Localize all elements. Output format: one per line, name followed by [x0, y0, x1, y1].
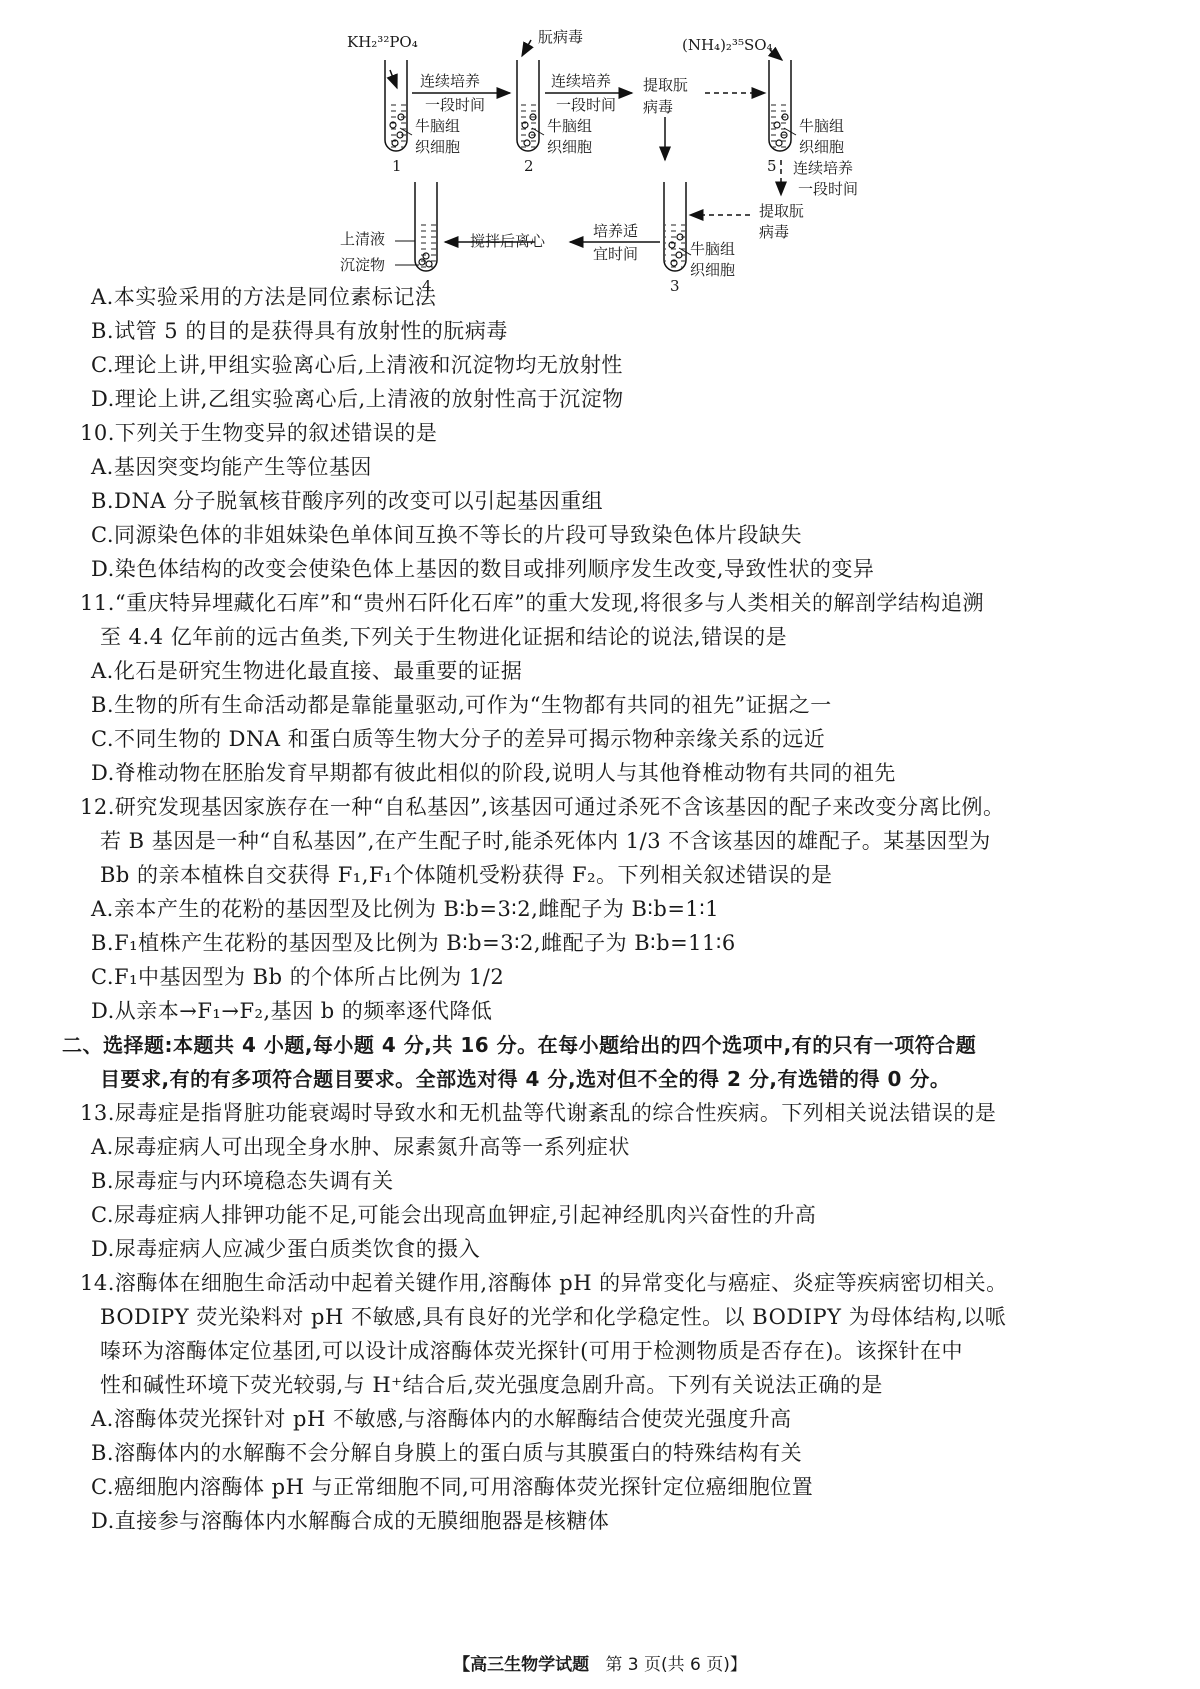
experiment-diagram: KH₂³²PO₄ 朊病毒 (NH₄)₂³⁵SO₄ 连续培养 一段时间 连续培养 … — [0, 0, 1200, 285]
reagent-kh2po4-label: KH₂³²PO₄ — [347, 33, 418, 52]
tube5-number: 5 — [767, 157, 777, 176]
q9-option-a: A.本实验采用的方法是同位素标记法 — [91, 283, 436, 311]
section2-heading-line2: 目要求,有的有多项符合题目要求。全部选对得 4 分,选对但不全的得 2 分,有选… — [100, 1065, 950, 1093]
q12-option-d: D.从亲本→F₁→F₂,基因 b 的频率逐代降低 — [91, 997, 492, 1025]
q12-stem-line1: 12.研究发现基因家族存在一种“自私基因”,该基因可通过杀死不含该基因的配子来改… — [80, 793, 1005, 821]
q13-option-a: A.尿毒症病人可出现全身水肿、尿素氮升高等一系列症状 — [91, 1133, 630, 1161]
tube3-number: 3 — [670, 277, 680, 296]
q11-option-d: D.脊椎动物在胚胎发育早期都有彼此相似的阶段,说明人与其他脊椎动物有共同的祖先 — [91, 759, 896, 787]
step3-label-a: 培养适 — [593, 222, 638, 241]
step4-label: 搅拌后离心 — [470, 232, 545, 251]
tube2-cells-a: 牛脑组 — [547, 117, 592, 136]
tube1-number: 1 — [392, 157, 402, 176]
diagram-graphics — [0, 0, 1200, 285]
q11-option-b: B.生物的所有生命活动都是靠能量驱动,可作为“生物都有共同的祖先”证据之一 — [91, 691, 832, 719]
reagent-nh4so4-label: (NH₄)₂³⁵SO₄ — [682, 36, 773, 55]
step1-label-b: 一段时间 — [425, 96, 485, 115]
tube5-cells-a: 牛脑组 — [799, 117, 844, 136]
q14-option-b: B.溶酶体内的水解酶不会分解自身膜上的蛋白质与其膜蛋白的特殊结构有关 — [91, 1439, 802, 1467]
extract2-label-a: 提取朊 — [759, 202, 804, 221]
q10-stem: 10.下列关于生物变异的叙述错误的是 — [80, 419, 437, 447]
footer-page-number: 第 3 页(共 6 页)】 — [605, 1655, 747, 1675]
q10-option-d: D.染色体结构的改变会使染色体上基因的数目或排列顺序发生改变,导致性状的变异 — [91, 555, 874, 583]
section2-heading-line1: 二、选择题:本题共 4 小题,每小题 4 分,共 16 分。在每小题给出的四个选… — [62, 1031, 976, 1059]
q14-stem-line1: 14.溶酶体在细胞生命活动中起着关键作用,溶酶体 pH 的异常变化与癌症、炎症等… — [80, 1269, 1008, 1297]
q12-option-c: C.F₁中基因型为 Bb 的个体所占比例为 1/2 — [91, 963, 504, 991]
q11-stem-line1: 11.“重庆特异埋藏化石库”和“贵州石阡化石库”的重大发现,将很多与人类相关的解… — [80, 589, 984, 617]
step5-label-a: 连续培养 — [793, 159, 853, 178]
q14-option-c: C.癌细胞内溶酶体 pH 与正常细胞不同,可用溶酶体荧光探针定位癌细胞位置 — [91, 1473, 813, 1501]
step3-label-b: 宜时间 — [593, 245, 638, 264]
q14-stem-line4: 性和碱性环境下荧光较弱,与 H⁺结合后,荧光强度急剧升高。下列有关说法正确的是 — [80, 1371, 883, 1399]
page-footer: 【高三生物学试题 第 3 页(共 6 页)】 — [0, 1650, 1200, 1675]
tube1-cells-b: 织细胞 — [415, 138, 460, 157]
q9-option-c: C.理论上讲,甲组实验离心后,上清液和沉淀物均无放射性 — [91, 351, 623, 379]
q14-option-d: D.直接参与溶酶体内水解酶合成的无膜细胞器是核糖体 — [91, 1507, 609, 1535]
q12-stem-line3: Bb 的亲本植株自交获得 F₁,F₁个体随机受粉获得 F₂。下列相关叙述错误的是 — [80, 861, 833, 889]
tube5-cells-b: 织细胞 — [799, 138, 844, 157]
q10-option-b: B.DNA 分子脱氧核苷酸序列的改变可以引起基因重组 — [91, 487, 603, 515]
tube3-cells-b: 织细胞 — [690, 261, 735, 280]
q13-option-c: C.尿毒症病人排钾功能不足,可能会出现高血钾症,引起神经肌肉兴奋性的升高 — [91, 1201, 816, 1229]
step5-label-b: 一段时间 — [798, 180, 858, 199]
q12-option-a: A.亲本产生的花粉的基因型及比例为 B∶b=3∶2,雌配子为 B∶b=1∶1 — [91, 895, 719, 923]
extract2-label-b: 病毒 — [759, 223, 789, 242]
q12-stem-line2: 若 B 基因是一种“自私基因”,在产生配子时,能杀死体内 1/3 不含该基因的雄… — [80, 827, 991, 855]
tube2-number: 2 — [524, 157, 534, 176]
reagent-prion-label: 朊病毒 — [538, 28, 583, 47]
supernatant-label: 上清液 — [340, 230, 385, 249]
q13-stem: 13.尿毒症是指肾脏功能衰竭时导致水和无机盐等代谢紊乱的综合性疾病。下列相关说法… — [80, 1099, 996, 1127]
q12-option-b: B.F₁植株产生花粉的基因型及比例为 B∶b=3∶2,雌配子为 B∶b=11∶6 — [91, 929, 736, 957]
q14-option-a: A.溶酶体荧光探针对 pH 不敏感,与溶酶体内的水解酶结合使荧光强度升高 — [91, 1405, 792, 1433]
q9-option-d: D.理论上讲,乙组实验离心后,上清液的放射性高于沉淀物 — [91, 385, 624, 413]
q9-option-b: B.试管 5 的目的是获得具有放射性的朊病毒 — [91, 317, 508, 345]
step2-label-a: 连续培养 — [551, 72, 611, 91]
footer-title: 【高三生物学试题 — [453, 1655, 589, 1675]
q10-option-a: A.基因突变均能产生等位基因 — [91, 453, 372, 481]
step1-label-a: 连续培养 — [420, 72, 480, 91]
q13-option-b: B.尿毒症与内环境稳态失调有关 — [91, 1167, 394, 1195]
tube2-cells-b: 织细胞 — [547, 138, 592, 157]
q13-option-d: D.尿毒症病人应减少蛋白质类饮食的摄入 — [91, 1235, 480, 1263]
tube3-cells-a: 牛脑组 — [690, 240, 735, 259]
q11-option-a: A.化石是研究生物进化最直接、最重要的证据 — [91, 657, 522, 685]
step2-label-b: 一段时间 — [556, 96, 616, 115]
sediment-label: 沉淀物 — [340, 256, 385, 275]
q14-stem-line3: 嗪环为溶酶体定位基团,可以设计成溶酶体荧光探针(可用于检测物质是否存在)。该探针… — [80, 1337, 963, 1365]
q11-option-c: C.不同生物的 DNA 和蛋白质等生物大分子的差异可揭示物种亲缘关系的远近 — [91, 725, 825, 753]
extract1-label-b: 病毒 — [643, 98, 673, 117]
extract1-label-a: 提取朊 — [643, 76, 688, 95]
tube1-cells-a: 牛脑组 — [415, 117, 460, 136]
q11-stem-line2: 至 4.4 亿年前的远古鱼类,下列关于生物进化证据和结论的说法,错误的是 — [80, 623, 787, 651]
q10-option-c: C.同源染色体的非姐妹染色单体间互换不等长的片段可导致染色体片段缺失 — [91, 521, 802, 549]
q14-stem-line2: BODIPY 荧光染料对 pH 不敏感,具有良好的光学和化学稳定性。以 BODI… — [80, 1303, 1006, 1331]
